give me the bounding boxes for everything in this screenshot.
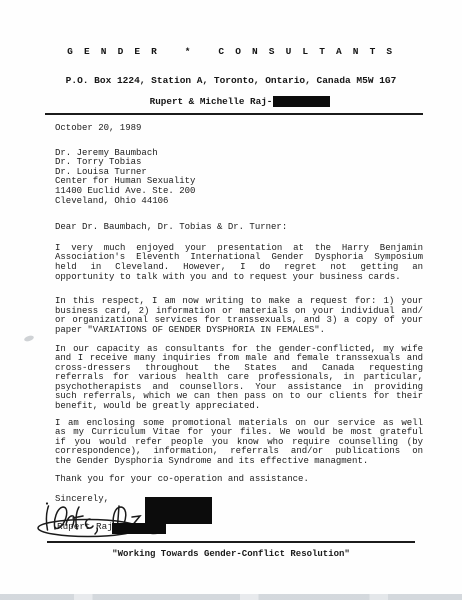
- redaction-box-signature-large: [145, 497, 212, 524]
- redaction-box-header: [273, 96, 330, 107]
- salutation: Dear Dr. Baumbach, Dr. Tobias & Dr. Turn…: [55, 223, 423, 233]
- letter-line: benefit, would be greatly appreciated.: [55, 402, 423, 412]
- scan-smudge: [23, 335, 34, 343]
- letterhead-org-name: G E N D E R * C O N S U L T A N T S: [0, 46, 462, 57]
- letter-body: October 20, 1989 Dr. Jeremy Baumbach Dr.…: [55, 124, 423, 484]
- letter-line: paper "VARIATIONS OF GENDER DYSPHORIA IN…: [55, 326, 423, 336]
- letter-line: the Gender Dysphoria Syndrome and its ef…: [55, 457, 423, 467]
- paragraph: I am enclosing some promotional material…: [55, 419, 423, 467]
- letter-line: opportunity to talk with you and to requ…: [55, 273, 423, 283]
- date-line: October 20, 1989: [55, 124, 423, 134]
- paragraph: Thank you for your co-operation and assi…: [55, 475, 423, 485]
- paragraph: I very much enjoyed your presentation at…: [55, 244, 423, 282]
- paragraph: In our capacity as consultants for the g…: [55, 345, 423, 412]
- scan-edge-band: [0, 594, 462, 600]
- letterhead-address: P.O. Box 1224, Station A, Toronto, Ontar…: [0, 75, 462, 86]
- letter-line: Thank you for your co-operation and assi…: [55, 475, 423, 485]
- paragraph: In this respect, I am now writing to mak…: [55, 297, 423, 335]
- redaction-box-signature-small: [112, 523, 166, 534]
- letter-page: G E N D E R * C O N S U L T A N T S P.O.…: [0, 0, 462, 600]
- letterhead-rule: [45, 113, 423, 115]
- letterhead-names-row: Rupert & Michelle Raj-: [9, 96, 462, 107]
- recipient-line: Cleveland, Ohio 44106: [55, 197, 423, 207]
- footer-rule: [47, 541, 415, 543]
- letterhead-names: Rupert & Michelle Raj-: [150, 96, 273, 107]
- footer-slogan: "Working Towards Gender-Conflict Resolut…: [0, 549, 462, 559]
- recipient-block: Dr. Jeremy Baumbach Dr. Torry Tobias Dr.…: [55, 149, 423, 207]
